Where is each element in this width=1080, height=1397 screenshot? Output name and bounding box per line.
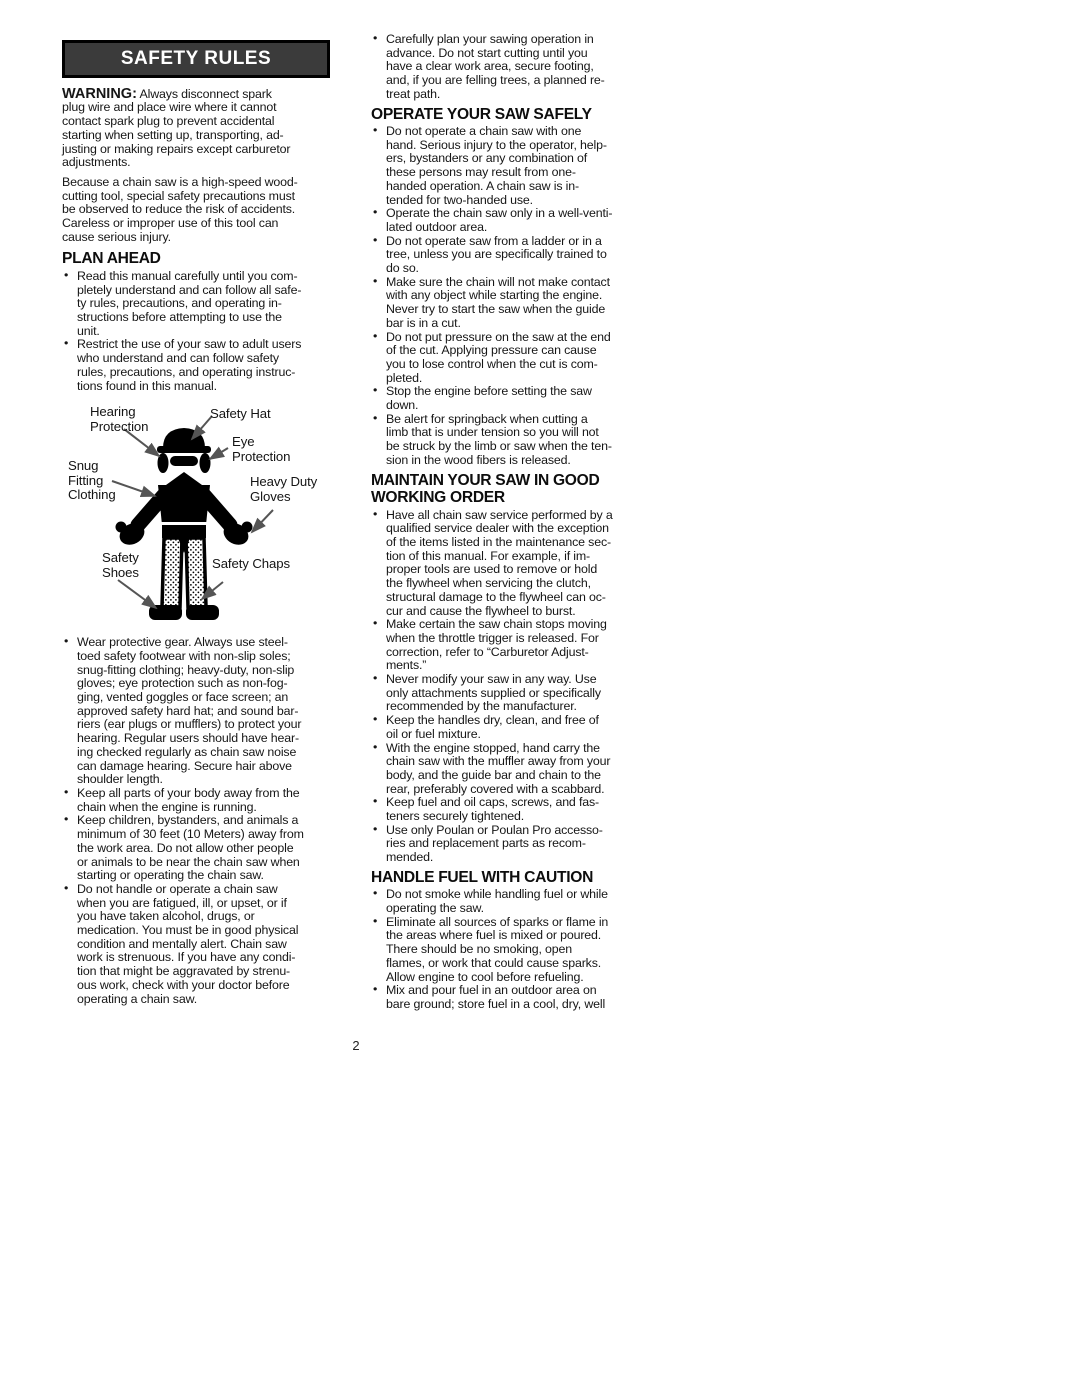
list-item: Eliminate all sources of sparks or flame… — [371, 916, 651, 985]
list-item: Have all chain saw service performed by … — [371, 509, 651, 619]
ear-muff-right-icon — [200, 453, 211, 473]
list-item: Keep the handles dry, clean, and free of… — [371, 714, 651, 741]
warning-paragraph: WARNING: Always disconnect spark plug wi… — [62, 88, 342, 170]
list-item: Mix and pour fuel in an outdoor area on … — [371, 984, 651, 1011]
section-heading-handle-fuel: HANDLE FUEL WITH CAUTION — [371, 869, 651, 887]
list-item: Keep all parts of your body away from th… — [62, 787, 342, 814]
right-arm-icon — [203, 494, 230, 525]
hips-icon — [162, 525, 206, 538]
clothing-arrow-icon — [112, 481, 155, 496]
figure-label-safety-chaps: Safety Chaps — [212, 557, 290, 572]
list-item: Do not operate saw from a ladder or in a… — [371, 235, 651, 276]
manual-page: SAFETY RULES WARNING: Always disconnect … — [0, 0, 1080, 1397]
safety-hat-arrow-icon — [192, 416, 212, 439]
section-heading-plan-ahead: PLAN AHEAD — [62, 250, 342, 268]
left-chap-icon — [162, 538, 182, 607]
figure-label-eye-protection: Eye Protection — [232, 435, 290, 464]
belt-icon — [161, 522, 207, 525]
goggles-icon — [170, 456, 198, 466]
eye-protection-arrow-icon — [210, 448, 228, 459]
figure-label-safety-hat: Safety Hat — [210, 407, 271, 422]
list-item: Restrict the use of your saw to adult us… — [62, 338, 342, 393]
hat-brim-icon — [157, 446, 211, 453]
list-item: Never modify your saw in any way. Use on… — [371, 673, 651, 714]
page-title: SAFETY RULES — [62, 40, 330, 78]
list-item: Do not put pressure on the saw at the en… — [371, 331, 651, 386]
list-item: Be alert for springback when cutting a l… — [371, 413, 651, 468]
figure-label-snug-fitting-clothing: Snug Fitting Clothing — [68, 459, 116, 503]
figure-label-hearing-protection: Hearing Protection — [90, 405, 148, 434]
list-item: Use only Poulan or Poulan Pro accesso- r… — [371, 824, 651, 865]
list-item: Make certain the saw chain stops moving … — [371, 618, 651, 673]
intro-paragraph: Because a chain saw is a high-speed wood… — [62, 176, 342, 245]
section-heading-operate-saw-safely: OPERATE YOUR SAW SAFELY — [371, 106, 651, 124]
right-boot-icon — [186, 605, 219, 620]
warning-label: WARNING: — [62, 86, 137, 102]
list-item: Keep fuel and oil caps, screws, and fas-… — [371, 796, 651, 823]
right-chap-icon — [186, 538, 206, 607]
list-item: Do not smoke while handling fuel or whil… — [371, 888, 651, 915]
list-item: Make sure the chain will not make contac… — [371, 276, 651, 331]
gloves-arrow-icon — [252, 510, 273, 532]
right-column: Carefully plan your sawing operation in … — [371, 33, 651, 1012]
list-item: Stop the engine before setting the saw d… — [371, 385, 651, 412]
person-silhouette — [62, 401, 342, 631]
list-item: Do not operate a chain saw with one hand… — [371, 125, 651, 207]
list-item: Read this manual carefully until you com… — [62, 270, 342, 339]
figure-label-safety-shoes: Safety Shoes — [102, 551, 139, 580]
shoes-arrow-icon — [118, 580, 156, 608]
left-arm-icon — [138, 494, 165, 525]
list-item: Do not handle or operate a chain saw whe… — [62, 883, 342, 1006]
left-column: SAFETY RULES WARNING: Always disconnect … — [62, 40, 342, 1006]
ear-muff-left-icon — [158, 453, 169, 473]
list-item: Keep children, bystanders, and animals a… — [62, 814, 342, 883]
figure-label-heavy-duty-gloves: Heavy Duty Gloves — [250, 475, 317, 504]
list-item: Operate the chain saw only in a well-ven… — [371, 207, 651, 234]
list-item: Carefully plan your sawing operation in … — [371, 33, 651, 102]
page-number: 2 — [62, 1038, 650, 1053]
list-item: Wear protective gear. Always use steel- … — [62, 636, 342, 787]
list-item: With the engine stopped, hand carry the … — [371, 742, 651, 797]
safety-gear-figure: Hearing Protection Safety Hat Eye Protec… — [62, 401, 342, 631]
section-heading-maintain-saw: MAINTAIN YOUR SAW IN GOOD WORKING ORDER — [371, 472, 651, 507]
